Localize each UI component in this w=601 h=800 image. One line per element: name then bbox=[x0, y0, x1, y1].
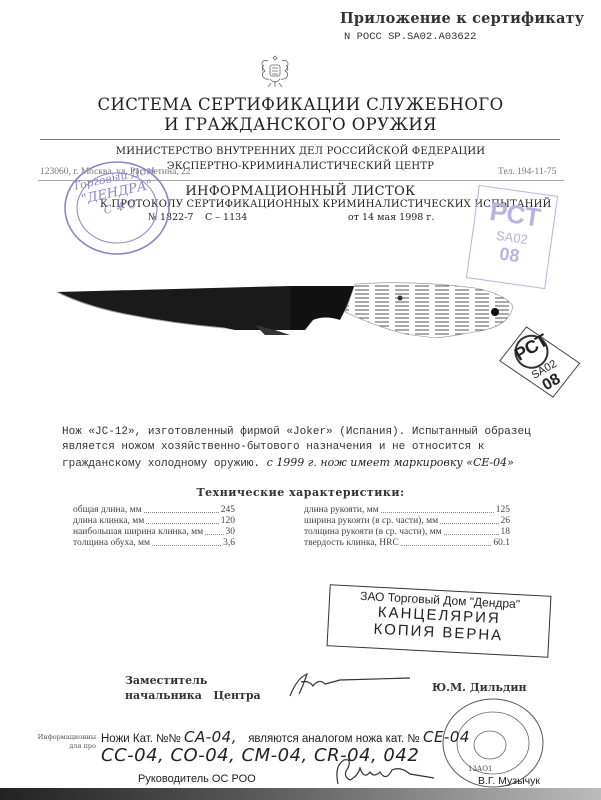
spec-row: общая длина, мм245 bbox=[73, 504, 235, 515]
phone: Тел. 194-11-75 bbox=[498, 167, 556, 177]
analog-statement: Ножи Кат. №№ CA-04, являются аналогом но… bbox=[101, 728, 470, 746]
head-title: Руководитель ОС РОО bbox=[138, 773, 256, 785]
head-signature bbox=[330, 754, 440, 790]
handwritten-catalog-1: CA-04, bbox=[184, 728, 237, 746]
head-name: В.Г. Музычук bbox=[478, 775, 540, 787]
specs-left-column: общая длина, мм245 длина клинка, мм120 н… bbox=[73, 504, 235, 548]
knife-photo bbox=[55, 280, 525, 360]
knife-description: Нож «JC-12», изготовленный фирмой «Joker… bbox=[62, 425, 532, 472]
appendix-title: Приложение к сертификату bbox=[340, 10, 584, 27]
spec-row: наибольшая ширина клинка, мм30 bbox=[73, 526, 235, 537]
spec-row: толщина рукояти (в ср. части), мм18 bbox=[304, 526, 510, 537]
deputy-signature bbox=[285, 668, 415, 700]
ministry-line1: МИНИСТЕРСТВО ВНУТРЕННИХ ДЕЛ РОССИЙСКОЙ Ф… bbox=[0, 145, 601, 159]
handwritten-catalog-2: CE-04 bbox=[423, 728, 470, 746]
deputy-name: Ю.М. Дильдин bbox=[432, 681, 527, 694]
double-headed-eagle-icon bbox=[258, 53, 292, 91]
copy-verified-stamp: ЗАО Торговый Дом "Дендра" КАНЦЕЛЯРИЯ КОП… bbox=[327, 584, 552, 658]
certification-mark-purple: РСТ SA02 08 bbox=[466, 185, 558, 289]
stamp-center-code: 13АО1 bbox=[468, 765, 492, 773]
deputy-title: Заместитель начальника Центра bbox=[125, 673, 261, 703]
protocol-date: от 14 мая 1998 г. bbox=[348, 212, 434, 223]
header-divider bbox=[40, 139, 560, 140]
protocol-code: С – 1134 bbox=[205, 212, 247, 223]
certificate-number: N РОСС SP.SA02.A03622 bbox=[344, 31, 476, 43]
spec-row: твердость клинка, HRC60.1 bbox=[304, 537, 510, 548]
spec-row: толщина обуха, мм3,6 bbox=[73, 537, 235, 548]
system-title-line2: И ГРАЖДАНСКОГО ОРУЖИЯ bbox=[0, 115, 601, 135]
spec-row: ширина рукояти (в ср. части), мм26 bbox=[304, 515, 510, 526]
company-round-stamp: Торговый Дом "ДЕНДРА" С ✻ С bbox=[62, 158, 172, 258]
system-title-line1: СИСТЕМА СЕРТИФИКАЦИИ СЛУЖЕБНОГО bbox=[0, 95, 601, 115]
scan-edge-shadow bbox=[0, 788, 601, 800]
specs-title: Технические характеристики: bbox=[0, 486, 601, 499]
info-label: Информационны для про bbox=[30, 733, 96, 751]
spec-row: длина клинка, мм120 bbox=[73, 515, 235, 526]
spec-row: длина рукояти, мм125 bbox=[304, 504, 510, 515]
specs-right-column: длина рукояти, мм125 ширина рукояти (в с… bbox=[304, 504, 510, 548]
handwritten-note: с 1999 г. нож имеет маркировку «СЕ-04» bbox=[267, 456, 514, 469]
